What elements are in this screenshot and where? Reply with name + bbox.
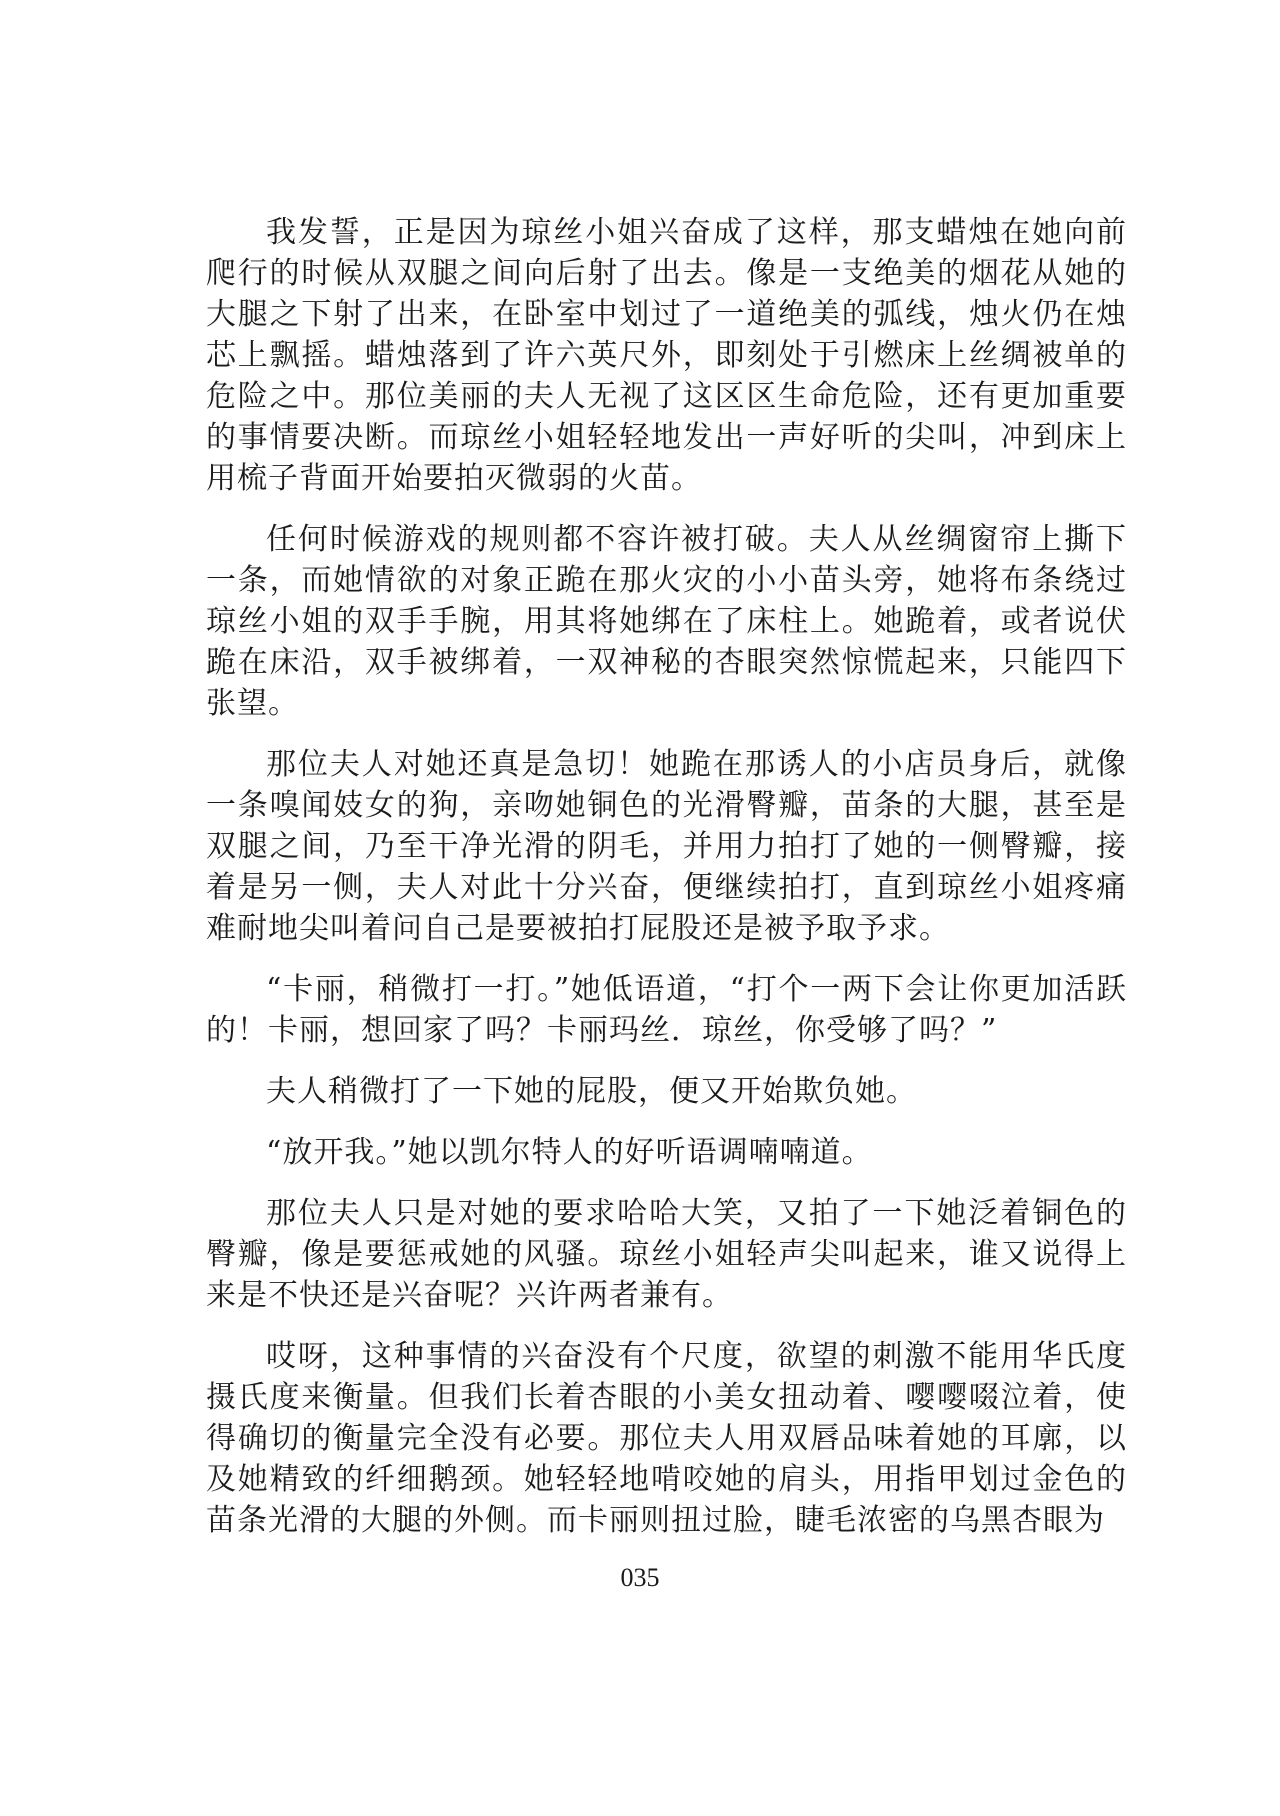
paragraph: 夫人稍微打了一下她的屁股，便又开始欺负她。 xyxy=(206,1071,1127,1112)
paragraph: 那位夫人只是对她的要求哈哈大笑，又拍了一下她泛着铜色的臀瓣，像是要惩戒她的风骚。… xyxy=(206,1193,1127,1316)
paragraph: 我发誓，正是因为琼丝小姐兴奋成了这样，那支蜡烛在她向前爬行的时候从双腿之间向后射… xyxy=(206,212,1127,499)
paragraph: “卡丽，稍微打一打。”她低语道，“打个一两下会让你更加活跃的！卡丽，想回家了吗？… xyxy=(206,969,1127,1051)
paragraph: 任何时候游戏的规则都不容许被打破。夫人从丝绸窗帘上撕下一条，而她情欲的对象正跪在… xyxy=(206,519,1127,724)
paragraph: 那位夫人对她还真是急切！她跪在那诱人的小店员身后，就像一条嗅闻妓女的狗，亲吻她铜… xyxy=(206,744,1127,949)
paragraph: “放开我。”她以凯尔特人的好听语调喃喃道。 xyxy=(206,1132,1127,1173)
page-number: 035 xyxy=(0,1563,1280,1593)
paragraph: 哎呀，这种事情的兴奋没有个尺度，欲望的刺激不能用华氏度摄氏度来衡量。但我们长着杏… xyxy=(206,1336,1127,1541)
page-body: 我发誓，正是因为琼丝小姐兴奋成了这样，那支蜡烛在她向前爬行的时候从双腿之间向后射… xyxy=(206,212,1127,1561)
